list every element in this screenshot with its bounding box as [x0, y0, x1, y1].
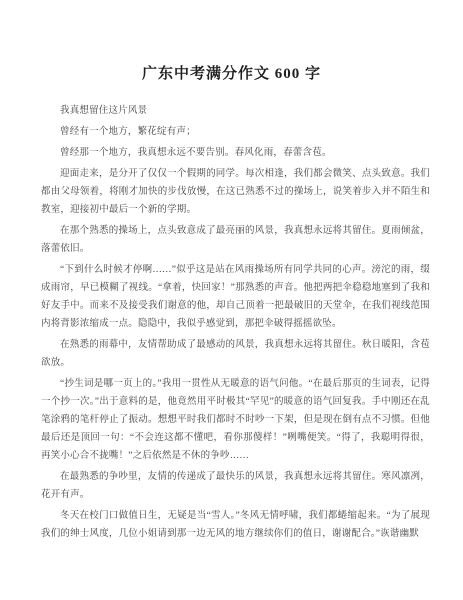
essay-paragraph: 冬天在校门口做值日生，无疑是当“雪人。”冬风无情呼啸，我们都蜷缩起来。“为了展现…	[41, 507, 430, 543]
essay-paragraph: 迎面走来，是分开了仅仅一个假期的同学。每次相逢，我们都会微笑、点头致意。我们都由…	[41, 165, 430, 219]
essay-body: 我真想留住这片风景曾经有一个地方，繁花绽有声；曾经那一个地方，我真想永远不要告别…	[0, 85, 463, 543]
essay-paragraph: 我真想留住这片风景	[41, 102, 430, 120]
essay-paragraph: 曾经有一个地方，繁花绽有声；	[41, 123, 430, 141]
document-page: 广东中考满分作文 600 字 我真想留住这片风景曾经有一个地方，繁花绽有声；曾经…	[0, 0, 463, 600]
essay-paragraph: “下到什么时候才停啊……”似乎这是站在风雨操场所有同学共同的心声。滂沱的雨，缀成…	[41, 261, 430, 333]
essay-paragraph: 在最熟悉的争吵里，友情的传递成了最快乐的风景，我真想永远将其留住。寒风凛冽，花开…	[41, 468, 430, 504]
essay-paragraph: “抄生词是哪一页上的。”我用一贯性从无暖意的语气问他。“在最后那页的生词表，记得…	[41, 375, 430, 465]
essay-paragraph: 在熟悉的雨幕中，友情帮助成了最感动的风景，我真想永远将其留住。秋日暖阳，含苞欲放…	[41, 336, 430, 372]
essay-paragraph: 曾经那一个地方，我真想永远不要告别。春风化雨，春蕾含苞。	[41, 144, 430, 162]
document-title: 广东中考满分作文 600 字	[0, 0, 463, 85]
essay-paragraph: 在那个熟悉的操场上，点头致意成了最亮丽的风景，我真想永远将其留住。夏雨倾盆，落蕾…	[41, 222, 430, 258]
